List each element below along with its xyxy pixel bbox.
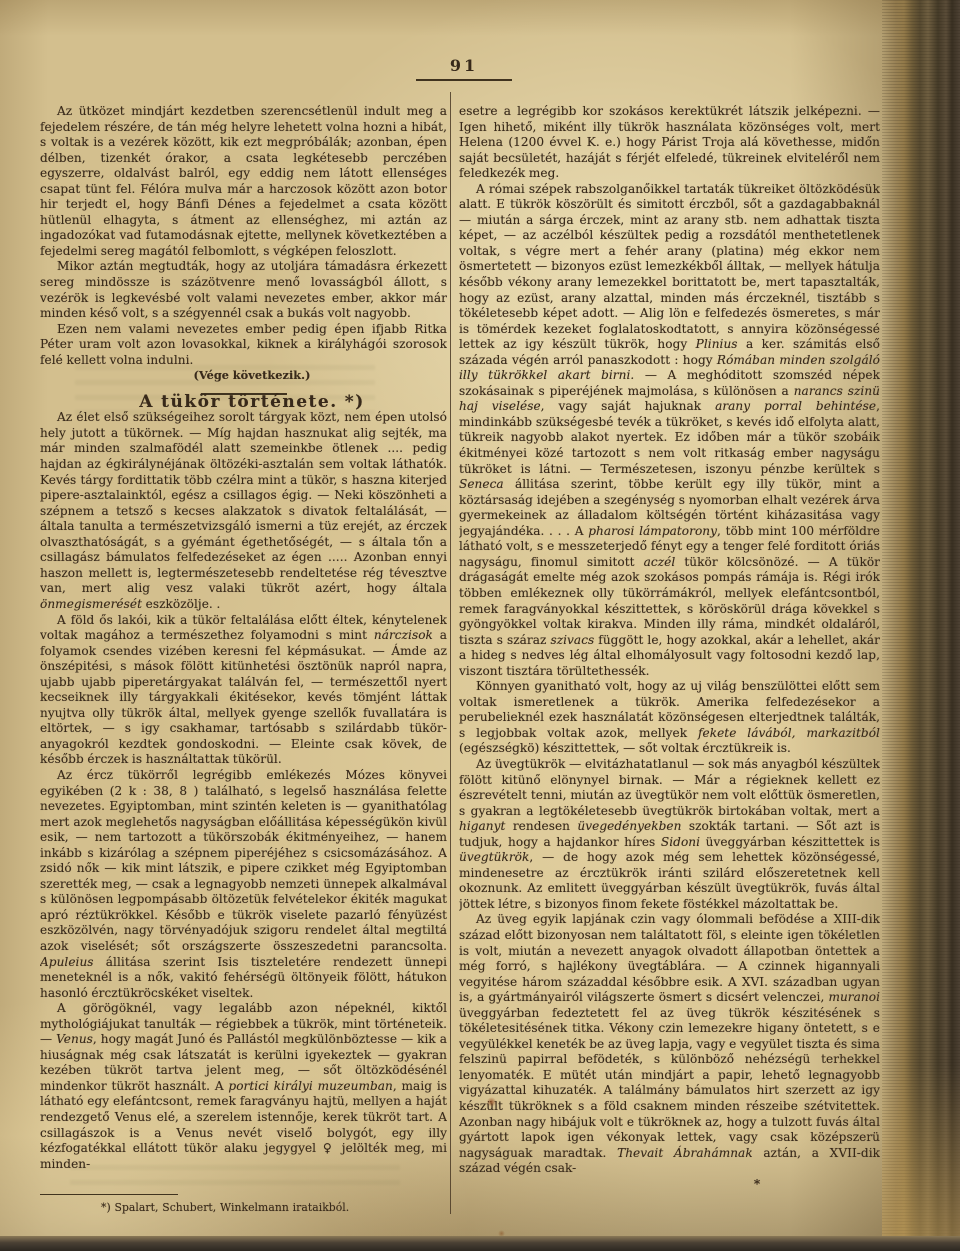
paragraph: Az üveg egyik lapjának czin vagy ólommal… xyxy=(459,912,880,1176)
book-fore-edge-highlight xyxy=(882,1031,960,1251)
paragraph: Könnyen gyanitható volt, hogy az uj vilá… xyxy=(459,679,880,757)
column-divider-rule xyxy=(450,92,451,1214)
paragraph: Ezen nem valami nevezetes ember pedig ép… xyxy=(40,322,447,369)
signature-mark: * xyxy=(459,1177,880,1193)
paragraph: Az ércz tükörről legrégibb emlékezés Móz… xyxy=(40,768,447,1001)
paper-stain xyxy=(487,1097,496,1107)
scan-bottom-edge xyxy=(0,1236,960,1251)
footnote: *) Spalart, Schubert, Winkelmann irataik… xyxy=(40,1200,447,1216)
footnote-rule xyxy=(40,1194,178,1195)
page-header: 91 xyxy=(404,56,524,81)
paragraph: Az élet első szükségeihez sorolt tárgyak… xyxy=(40,410,447,612)
scanned-book-page: { "page": { "number": "91", "colors": { … xyxy=(0,0,960,1251)
page-number: 91 xyxy=(404,56,524,75)
left-column: Az ütközet mindjárt kezdetben szerencsét… xyxy=(40,104,447,1216)
paragraph: A görögöknél, vagy legalább azon népekné… xyxy=(40,1001,447,1172)
paragraph: A római szépek rabszolganőikkel tartaták… xyxy=(459,182,880,680)
paragraph: Mikor aztán megtudták, hogy az utoljára … xyxy=(40,259,447,321)
footnote-block: *) Spalart, Schubert, Winkelmann irataik… xyxy=(40,1190,447,1216)
right-column: esetre a legrégibb kor szokásos kerektük… xyxy=(459,104,880,1236)
continuation-note: (Vége következik.) xyxy=(40,368,447,384)
paragraph: A föld ős lakói, kik a tükör feltalálása… xyxy=(40,613,447,768)
page-scan: 91 Az ütközet mindjárt kezdetben szerenc… xyxy=(0,0,960,1251)
paragraph: esetre a legrégibb kor szokásos kerektük… xyxy=(459,104,880,182)
article-title: A tükör története. *) xyxy=(40,395,447,411)
paragraph: Az ütközet mindjárt kezdetben szerencsét… xyxy=(40,104,447,259)
paragraph: Az üvegtükrök — elvitázhatatlanul — sok … xyxy=(459,757,880,912)
page-number-rule xyxy=(416,79,512,81)
